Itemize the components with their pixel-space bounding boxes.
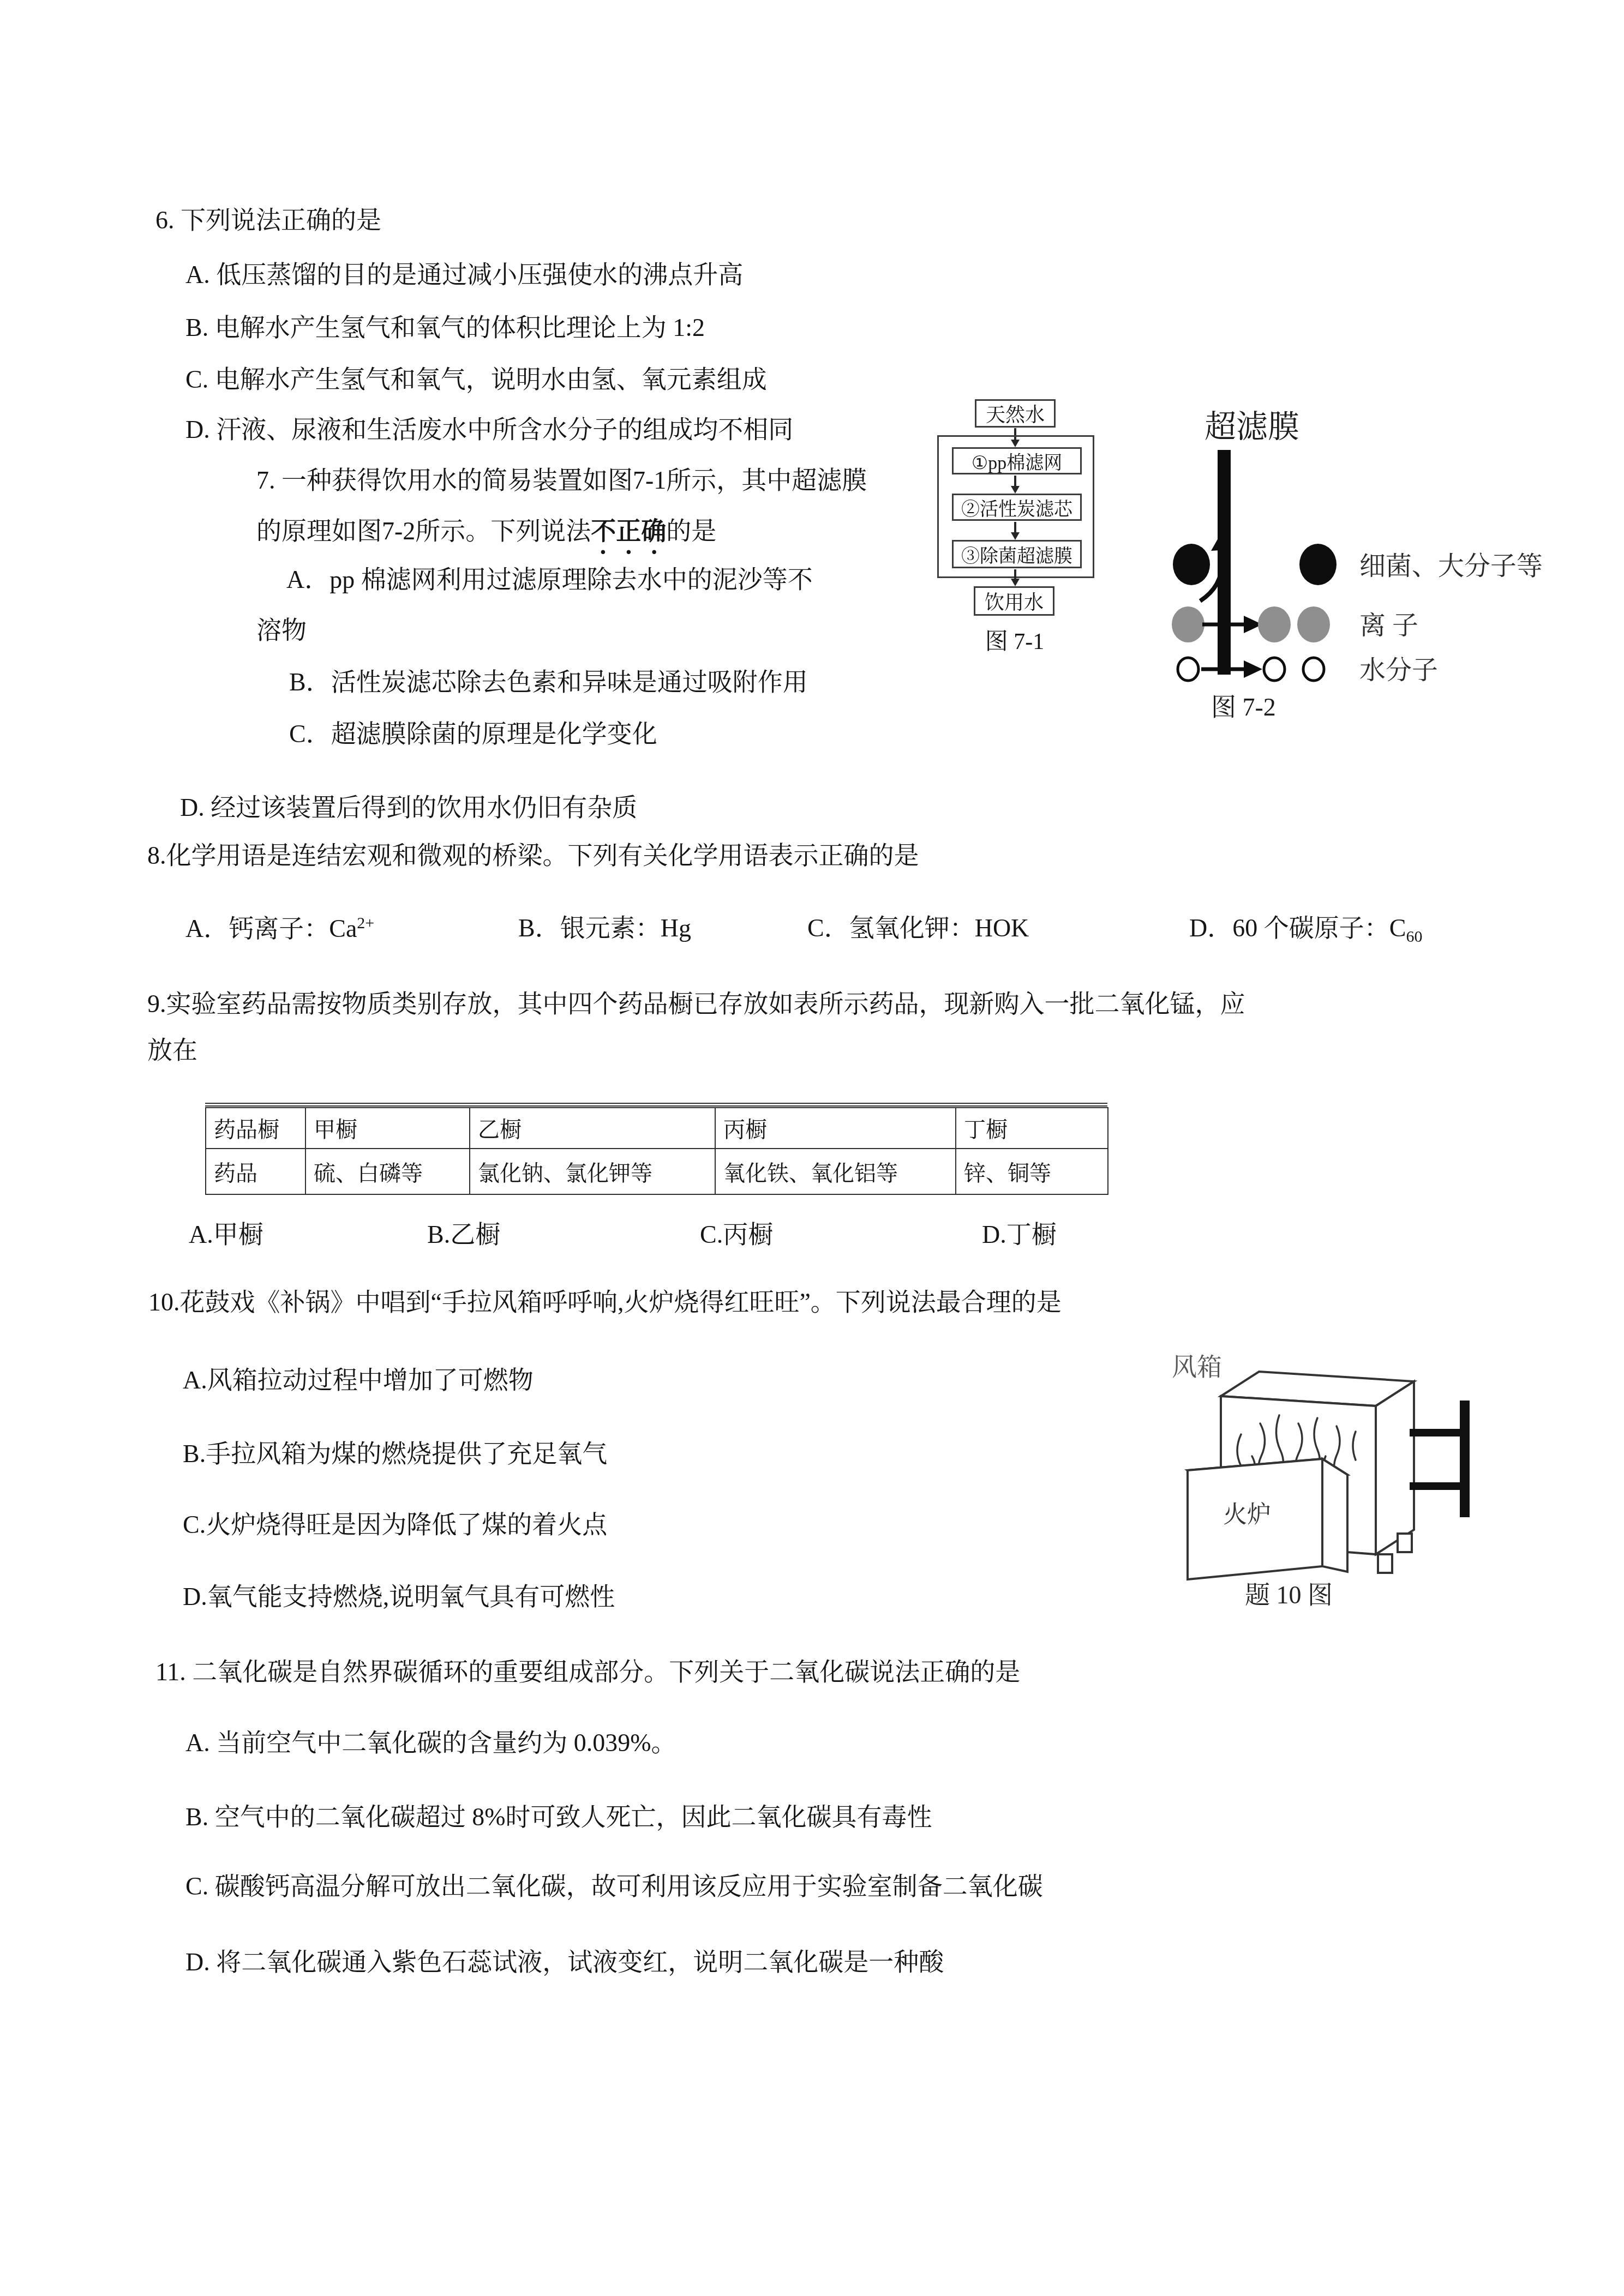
q9-stem-line1: 9.实验室药品需按物质类别存放，其中四个药品橱已存放如表所示药品，现新购入一批二… (147, 990, 1245, 1019)
fig72-title: 超滤膜 (1204, 409, 1299, 444)
q11-option-c: C. 碳酸钙高温分解可放出二氧化碳，故可利用该反应用于实验室制备二氧化碳 (185, 1872, 1043, 1901)
q11-title: 11. 二氧化碳是自然界碳循环的重要组成部分。下列关于二氧化碳说法正确的是 (155, 1658, 1020, 1687)
fig72-ion-particle-left (1172, 606, 1204, 642)
fig71-box-natural-water: 天然水 (975, 399, 1056, 428)
q8-option-d-text: D．60 个碳原子：C (1189, 914, 1406, 942)
q10-stove-side-face (1322, 1459, 1347, 1572)
fig72-water-particle-left (1178, 658, 1198, 681)
q9-th-cabinet: 药品橱 (206, 1108, 305, 1149)
fig71-box-drinking-water: 饮用水 (974, 586, 1054, 616)
q10-handle-rod-top (1410, 1429, 1464, 1436)
q7-stem-line2-pre: 的原理如图7-2所示。下列说法 (256, 517, 591, 545)
fig72-water-particle-passed (1264, 658, 1285, 681)
q7-option-d: D. 经过该装置后得到的饮用水仍旧有杂质 (180, 794, 637, 822)
q9-th-bing: 丙橱 (715, 1108, 956, 1149)
q10-stove-label: 火炉 (1223, 1501, 1271, 1528)
q8-option-a-superscript: 2+ (357, 914, 374, 932)
q7-emphasis-incorrect: 不正确 (591, 517, 666, 546)
q10-bellows-label: 风箱 (1172, 1353, 1222, 1381)
q9-td-jia: 硫、白磷等 (305, 1149, 470, 1194)
fig72-legend-bacteria-dot (1299, 544, 1337, 585)
fig72-water-arrowhead (1244, 660, 1262, 678)
fig72-ion-particle-passed (1258, 606, 1291, 642)
figure-7-1: 天然水 ①pp棉滤网 ②活性炭滤芯 ③除菌超滤膜 饮用水 图 7-1 (936, 395, 1105, 654)
fig72-bacteria-particle-left (1173, 544, 1210, 585)
q10-option-d: D.氧气能支持燃烧,说明氧气具有可燃性 (183, 1583, 615, 1612)
q7-option-a-line2: 溶物 (256, 616, 307, 645)
fig72-legend-water-dot (1303, 658, 1324, 681)
fig71-box-pp-cotton: ①pp棉滤网 (952, 447, 1082, 474)
q9-table-header-row: 药品橱 甲橱 乙橱 丙橱 丁橱 (206, 1108, 1108, 1149)
q8-option-a-text: A．钙离子：Ca (185, 915, 357, 942)
fig72-caption: 图 7-2 (1211, 693, 1276, 721)
q7-option-a-line1: A．pp 棉滤网利用过滤原理除去水中的泥沙等不 (286, 566, 813, 594)
fig72-legend-ion-dot (1297, 606, 1330, 642)
q10-title: 10.花鼓戏《补锅》中唱到“手拉风箱呼呼响,火炉烧得红旺旺”。下列说法最合理的是 (148, 1288, 1062, 1317)
fig71-arrow-4 (1014, 569, 1016, 579)
q10-option-a: A.风箱拉动过程中增加了可燃物 (183, 1366, 534, 1395)
q10-bellows-leg-front (1378, 1554, 1392, 1573)
fig71-box-activated-carbon: ②活性炭滤芯 (952, 494, 1082, 521)
q10-bellows-leg-back (1398, 1534, 1412, 1552)
fig71-arrow-2 (1014, 476, 1016, 486)
q11-option-d: D. 将二氧化碳通入紫色石蕊试液，试液变红，说明二氧化碳是一种酸 (185, 1948, 944, 1977)
q9-answer-b: B.乙橱 (427, 1221, 500, 1249)
q7-stem-line1: 7. 一种获得饮用水的简易装置如图7-1所示，其中超滤膜 (256, 466, 867, 495)
q10-option-c: C.火炉烧得旺是因为降低了煤的着火点 (183, 1511, 607, 1540)
q9-th-jia: 甲橱 (305, 1108, 470, 1149)
q9-td-ding: 锌、铜等 (956, 1149, 1108, 1194)
q6-option-c: C. 电解水产生氢气和氧气，说明水由氢、氧元素组成 (185, 365, 767, 394)
q7-stem-line2-post: 的是 (666, 517, 716, 545)
q9-answer-a: A.甲橱 (189, 1221, 263, 1249)
q6-option-d: D. 汗液、尿液和生活废水中所含水分子的组成均不相同 (185, 416, 793, 444)
fig72-legend-water-label: 水分子 (1359, 656, 1438, 685)
q6-title: 6. 下列说法正确的是 (155, 206, 381, 235)
q7-option-b: B．活性炭滤芯除去色素和异味是通过吸附作用 (289, 668, 808, 697)
q9-td-bing: 氧化铁、氧化铝等 (715, 1149, 956, 1194)
q6-option-b: B. 电解水产生氢气和氧气的体积比理论上为 1:2 (185, 314, 705, 342)
q9-stem-line2: 放在 (147, 1036, 197, 1065)
q10-bellows-side-face (1376, 1381, 1414, 1554)
q10-handle-rod-bottom (1410, 1482, 1464, 1490)
q7-stem-line2: 的原理如图7-2所示。下列说法不正确的是 (256, 517, 716, 546)
q8-option-a: A．钙离子：Ca2+ (185, 914, 374, 943)
q6-option-a: A. 低压蒸馏的目的是通过减小压强使水的沸点升高 (185, 261, 743, 290)
fig72-legend-ion-label: 离 子 (1359, 611, 1418, 640)
q9-answer-d: D.丁橱 (982, 1221, 1057, 1249)
q9-td-yi: 氯化钠、氯化钾等 (470, 1149, 715, 1194)
q10-figure: 风箱 火炉 题 10 图 (1140, 1320, 1566, 1625)
q8-option-b: B．银元素：Hg (518, 914, 691, 943)
q9-answer-c: C.丙橱 (700, 1221, 773, 1249)
q10-option-b: B.手拉风箱为煤的燃烧提供了充足氧气 (183, 1440, 607, 1469)
q9-th-ding: 丁橱 (956, 1108, 1108, 1149)
q9-cabinet-table: 药品橱 甲橱 乙橱 丙橱 丁橱 药品 硫、白磷等 氯化钠、氯化钾等 氧化铁、氧化… (205, 1103, 1107, 1195)
exam-page: { "colors": {"ink": "#151515", "membrane… (0, 0, 1624, 2296)
q9-th-yi: 乙橱 (470, 1108, 715, 1149)
fig72-legend-bacteria-label: 细菌、大分子等 (1359, 552, 1543, 581)
q8-option-d-subscript: 60 (1406, 928, 1422, 946)
q8-option-d: D．60 个碳原子：C60 (1189, 914, 1422, 947)
q11-option-a: A. 当前空气中二氧化碳的含量约为 0.039%。 (185, 1729, 676, 1758)
q9-td-label: 药品 (206, 1149, 305, 1194)
fig71-arrow-3 (1014, 522, 1016, 533)
fig71-box-ultrafilter: ③除菌超滤膜 (952, 540, 1082, 568)
figure-7-2: 超滤膜 细菌、大分子等 离 子 水分子 图 7-2 (1167, 398, 1604, 725)
fig71-caption: 图 7-1 (974, 623, 1056, 656)
q10-handle-grip-bar (1460, 1401, 1470, 1517)
q9-table-data-row: 药品 硫、白磷等 氯化钠、氯化钾等 氧化铁、氧化铝等 锌、铜等 (206, 1149, 1108, 1194)
q8-title: 8.化学用语是连结宏观和微观的桥梁。下列有关化学用语表示正确的是 (147, 842, 919, 870)
q11-option-b: B. 空气中的二氧化碳超过 8%时可致人死亡，因此二氧化碳具有毒性 (185, 1803, 932, 1832)
q10-figure-caption: 题 10 图 (1245, 1581, 1333, 1609)
q8-option-c: C．氢氧化钾：HOK (807, 914, 1029, 943)
q7-option-c: C．超滤膜除菌的原理是化学变化 (289, 720, 657, 749)
